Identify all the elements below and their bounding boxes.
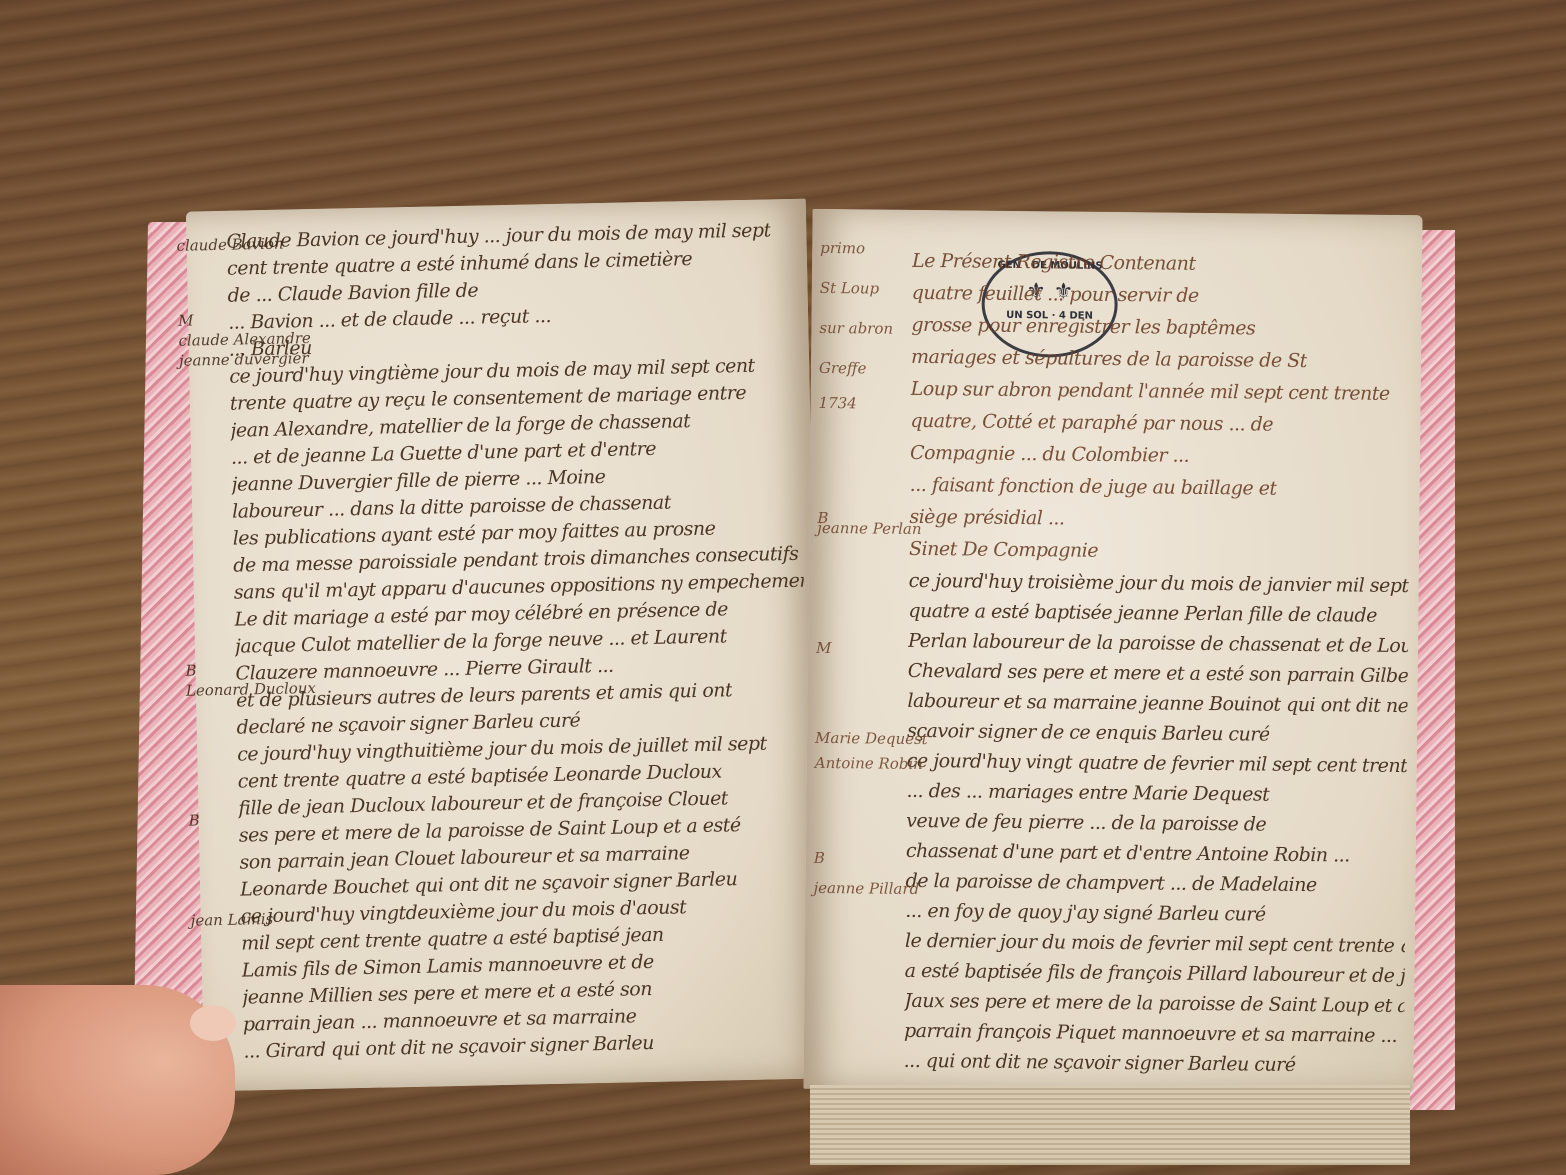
handwritten-line: quatre a esté baptisée jeanne Perlan fil… [908, 600, 1377, 627]
handwritten-line: quatre, Cotté et paraphé par nous ... de [910, 410, 1273, 436]
handwritten-line: laboureur et sa marraine jeanne Bouinot … [907, 690, 1407, 717]
handwritten-line: Perlan laboureur de la paroisse de chass… [908, 630, 1408, 657]
margin-note: primo [820, 239, 865, 257]
handwritten-line: veuve de feu pierre ... de la paroisse d… [906, 810, 1266, 836]
handwritten-line: Sinet De Compagnie [909, 538, 1098, 562]
margin-note: sur abron [819, 319, 893, 338]
handwritten-line: siège présidial ... [909, 506, 1064, 530]
handwritten-line: chassenat d'une part et d'entre Antoine … [906, 840, 1350, 867]
margin-note: claude Bavion [176, 235, 283, 255]
handwritten-line: ce jourd'huy troisième jour du mois de j… [909, 570, 1409, 597]
handwritten-line: ... qui ont dit ne sçavoir signer Barleu… [904, 1050, 1296, 1076]
margin-note: Antoine Robin [815, 754, 923, 773]
handwritten-line: son parrain jean Clouet laboureur et sa … [239, 842, 689, 873]
handwritten-line: Le Présent Registre Contenant [912, 250, 1196, 275]
margin-note: M [178, 311, 194, 329]
handwritten-line: ... des ... mariages entre Marie Dequest [906, 780, 1269, 806]
handwritten-line: de ... Claude Bavion fille de [227, 279, 478, 306]
handwritten-line: Jaux ses pere et mere de la paroisse de … [904, 990, 1404, 1017]
handwritten-line: a esté baptisée fils de françois Pillard… [905, 960, 1405, 987]
left-page: Claude Bavion ce jourd'huy ... jour du m… [186, 199, 824, 1092]
handwritten-line: de la paroisse de champvert ... de Madel… [905, 870, 1316, 896]
handwritten-line: cent trente quatre a esté baptisée Leona… [238, 760, 722, 792]
handwritten-line: Compagnie ... du Colombier ... [910, 442, 1189, 467]
handwritten-line: grosse pour enregistrer les baptêmes [911, 314, 1255, 340]
margin-note: jeanne duvergier [179, 349, 309, 370]
handwritten-line: ... et de jeanne La Guette d'une part et… [231, 438, 656, 469]
handwritten-line: Loup sur abron pendant l'année mil sept … [911, 378, 1390, 405]
right-page: GEN · DE MOULINS ⚜ ⚜ UN SOL · 4 DEN Le P… [803, 209, 1422, 1095]
handwritten-line: quatre feuillet ... pour servir de [912, 282, 1199, 307]
margin-note: M [816, 639, 832, 657]
margin-note: St Loup [820, 279, 880, 298]
handwritten-line: cent trente quatre a esté inhumé dans le… [227, 248, 693, 280]
handwritten-line: ... Girard qui ont dit ne sçavoir signer… [243, 1032, 654, 1063]
handwritten-line: mil sept cent trente quatre a esté bapti… [241, 924, 664, 955]
handwritten-line: les publications ayant esté par moy fait… [232, 518, 715, 550]
margin-note: jeanne Perlan [817, 519, 921, 538]
margin-note: jeanne Pillard [813, 879, 919, 898]
margin-note: B [814, 849, 825, 867]
margin-note: 1734 [818, 394, 856, 412]
handwritten-line: laboureur ... dans la ditte paroisse de … [232, 491, 671, 522]
margin-note: B [185, 661, 196, 679]
margin-note: claude Alexandre [178, 329, 311, 350]
handwritten-line: Le dit mariage a esté par moy célébré en… [234, 598, 728, 630]
handwritten-line: le dernier jour du mois de fevrier mil s… [905, 930, 1405, 957]
handwritten-line: ... faisant fonction de juge au baillage… [910, 474, 1277, 500]
handwritten-line: Chevalard ses pere et mere et a esté son… [908, 660, 1408, 687]
handwritten-line: ce jourd'huy vingt quatre de fevrier mil… [907, 750, 1407, 777]
handwritten-line: Lamis fils de Simon Lamis mannoeuvre et … [242, 951, 654, 982]
margin-note: B [188, 811, 199, 829]
thumbnail [190, 1005, 236, 1041]
handwritten-line: declaré ne sçavoir signer Barleu curé [236, 709, 580, 738]
handwritten-line: mariages et sépultures de la paroisse de… [911, 346, 1307, 372]
margin-note: Leonard Ducloux [186, 679, 316, 700]
handwritten-line: jeanne Millien ses pere et mere et a est… [242, 978, 652, 1009]
handwritten-line: ... en foy de quoy j'ay signé Barleu cur… [905, 900, 1266, 926]
handwritten-line: jean Alexandre, matellier de la forge de… [230, 410, 690, 442]
handwritten-line: ce jourd'huy vingtdeuxième jour du mois … [240, 896, 686, 927]
page-edges [810, 1085, 1410, 1165]
margin-note: Marie Dequest [815, 729, 928, 748]
handwritten-line: parrain françois Piquet mannoeuvre et sa… [904, 1020, 1397, 1047]
handwritten-line: jeanne Duvergier fille de pierre ... Moi… [231, 466, 605, 496]
handwritten-line: jacque Culot matellier de la forge neuve… [235, 625, 727, 657]
margin-note: Greffe [819, 359, 867, 377]
handwritten-line: sçavoir signer de ce enquis Barleu curé [907, 720, 1270, 746]
handwritten-line: fille de jean Ducloux laboureur et de fr… [238, 787, 728, 819]
margin-note: jean Lamis [191, 910, 274, 930]
handwritten-line: parrain jean ... mannoeuvre et sa marrai… [243, 1005, 637, 1035]
